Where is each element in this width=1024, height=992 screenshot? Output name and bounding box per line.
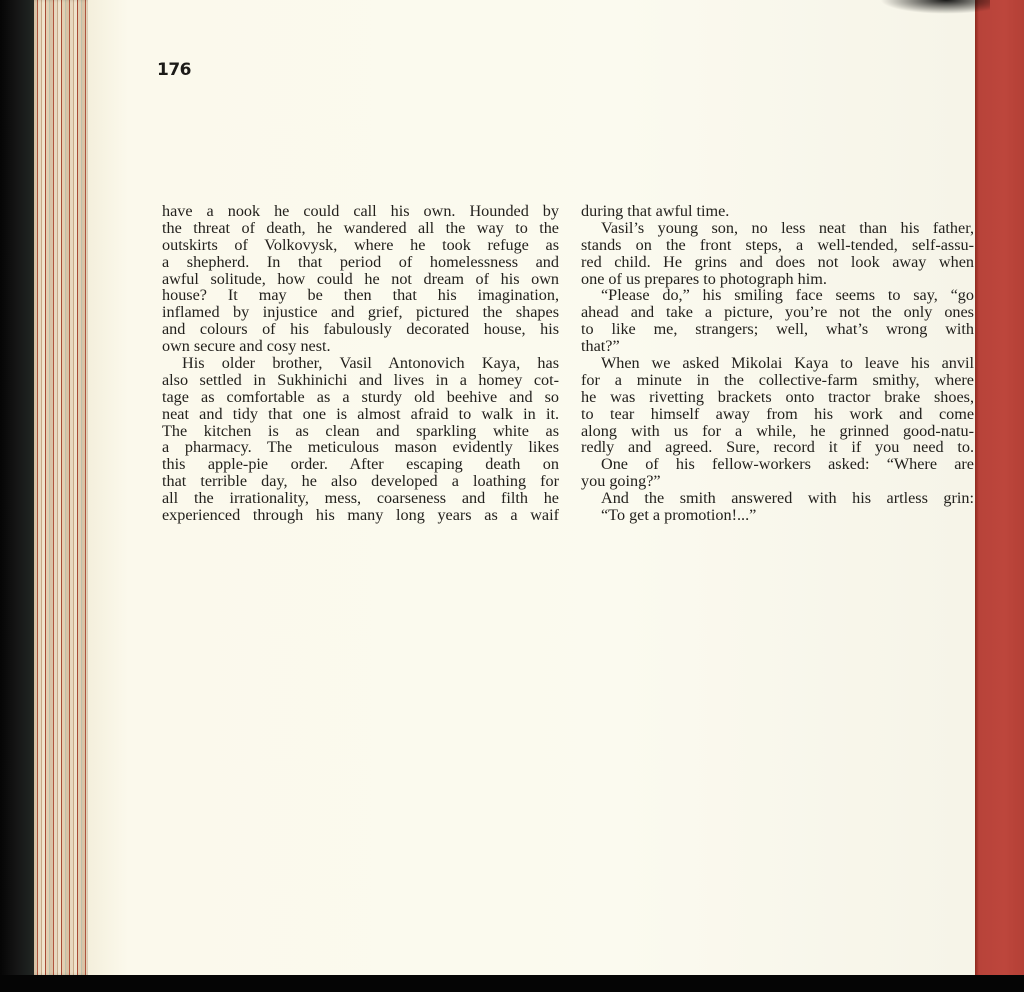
text-line: to tear himself away from his work and c… — [581, 406, 974, 423]
text-line: red child. He grins and does not look aw… — [581, 254, 974, 271]
page-edges — [34, 0, 90, 975]
text-line: the threat of death, he wandered all the… — [162, 220, 559, 237]
text-line: house? It may be then that his imaginati… — [162, 287, 559, 304]
text-line: to like me, strangers; well, what’s wron… — [581, 321, 974, 338]
text-line: redly and agreed. Sure, record it if you… — [581, 439, 974, 456]
text-line: His older brother, Vasil Antonovich Kaya… — [162, 355, 559, 372]
red-cover — [975, 0, 1024, 975]
text-line: all the irrationality, mess, coarseness … — [162, 490, 559, 507]
text-line: also settled in Sukhinichi and lives in … — [162, 372, 559, 389]
text-line: have a nook he could call his own. Hound… — [162, 203, 559, 220]
text-line: When we asked Mikolai Kaya to leave his … — [581, 355, 974, 372]
text-line: tage as comfortable as a sturdy old beeh… — [162, 389, 559, 406]
text-line: this apple-pie order. After escaping dea… — [162, 456, 559, 473]
text-line: own secure and cosy nest. — [162, 338, 559, 355]
left-text-column: have a nook he could call his own. Hound… — [162, 203, 559, 524]
book-binding — [0, 0, 38, 975]
text-line: “To get a promotion!...” — [581, 507, 974, 524]
text-line: that?” — [581, 338, 974, 355]
text-line: “Please do,” his smiling face seems to s… — [581, 287, 974, 304]
text-line: and colours of his fabulously decorated … — [162, 321, 559, 338]
text-line: experienced through his many long years … — [162, 507, 559, 524]
text-line: that terrible day, he also developed a l… — [162, 473, 559, 490]
text-line: for a minute in the collective-farm smit… — [581, 372, 974, 389]
text-line: ahead and take a picture, you’re not the… — [581, 304, 974, 321]
book-photo: 176 have a nook he could call his own. H… — [0, 0, 1024, 992]
text-line: along with us for a while, he grinned go… — [581, 423, 974, 440]
text-line: stands on the front steps, a well-tended… — [581, 237, 974, 254]
shadow — [880, 0, 990, 14]
bottom-shadow — [0, 975, 1024, 992]
right-text-column: during that awful time. Vasil’s young so… — [581, 203, 974, 524]
text-line: One of his fellow-workers asked: “Where … — [581, 456, 974, 473]
text-line: awful solitude, how could he not dream o… — [162, 271, 559, 288]
text-line: The kitchen is as clean and sparkling wh… — [162, 423, 559, 440]
text-line: one of us prepares to photograph him. — [581, 271, 974, 288]
text-line: during that awful time. — [581, 203, 974, 220]
text-line: outskirts of Volkovysk, where he took re… — [162, 237, 559, 254]
text-line: you going?” — [581, 473, 974, 490]
text-line: inflamed by injustice and grief, picture… — [162, 304, 559, 321]
text-line: a pharmacy. The meticulous mason evident… — [162, 439, 559, 456]
text-line: a shepherd. In that period of homelessne… — [162, 254, 559, 271]
text-line: neat and tidy that one is almost afraid … — [162, 406, 559, 423]
text-line: And the smith answered with his artless … — [581, 490, 974, 507]
text-line: he was rivetting brackets onto tractor b… — [581, 389, 974, 406]
text-line: Vasil’s young son, no less neat than his… — [581, 220, 974, 237]
page-number: 176 — [157, 60, 191, 80]
